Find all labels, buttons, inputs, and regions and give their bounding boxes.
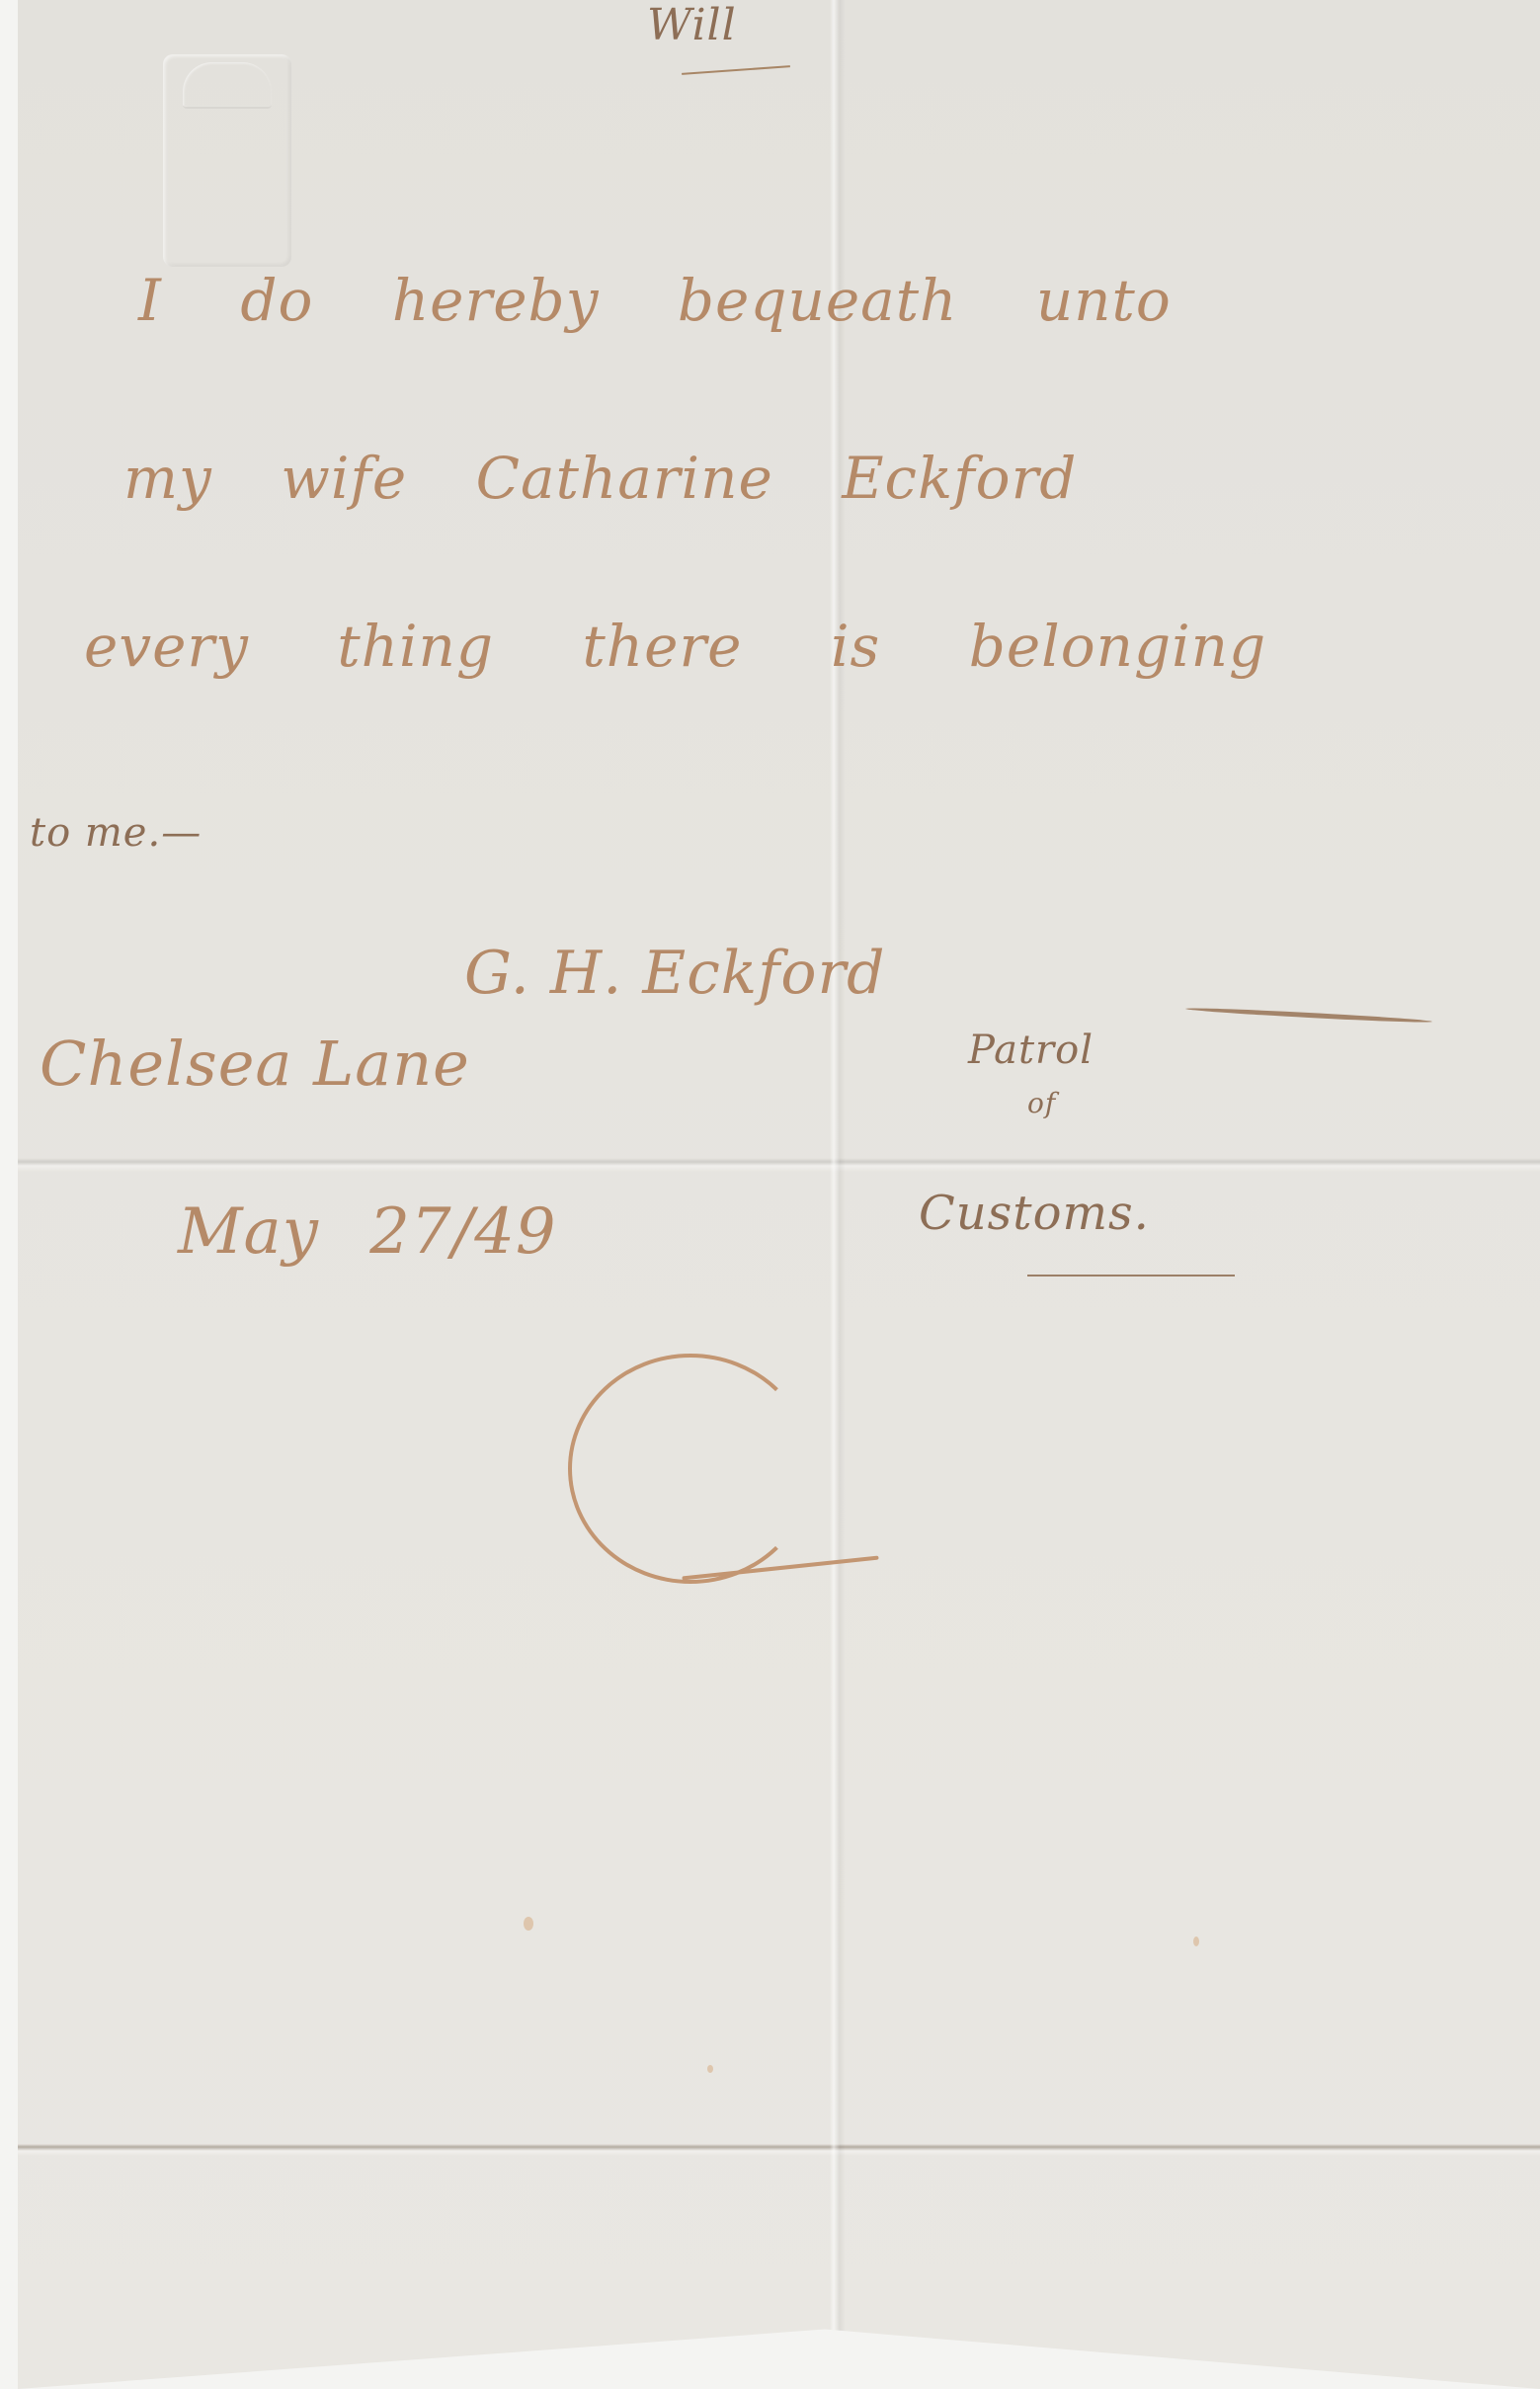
signer-role-line-3: Customs.	[919, 1186, 1150, 1241]
body-line-3: every thing there is belonging	[84, 613, 1266, 680]
body-line-4: to me.—	[30, 810, 202, 856]
embossed-crest-seal-icon	[163, 54, 291, 267]
document-date: May 27/49	[178, 1195, 557, 1269]
crown-icon	[183, 62, 272, 109]
foxing-spot	[707, 2065, 713, 2073]
foxing-spot	[524, 1917, 533, 1931]
decorative-flourish-loop	[568, 1354, 813, 1584]
role-underline	[1027, 1275, 1235, 1277]
body-line-1: I do hereby bequeath unto	[138, 267, 1172, 334]
signer-role-line-2: of	[1027, 1087, 1056, 1119]
place-name: Chelsea Lane	[40, 1028, 470, 1100]
paper-sheet	[18, 0, 1540, 2389]
body-line-2: my wife Catharine Eckford	[123, 445, 1077, 512]
signature: G. H. Eckford	[464, 939, 886, 1008]
signer-role-line-1: Patrol	[968, 1028, 1094, 1073]
foxing-spot	[1193, 1936, 1199, 1946]
document-heading: Will	[647, 0, 737, 50]
